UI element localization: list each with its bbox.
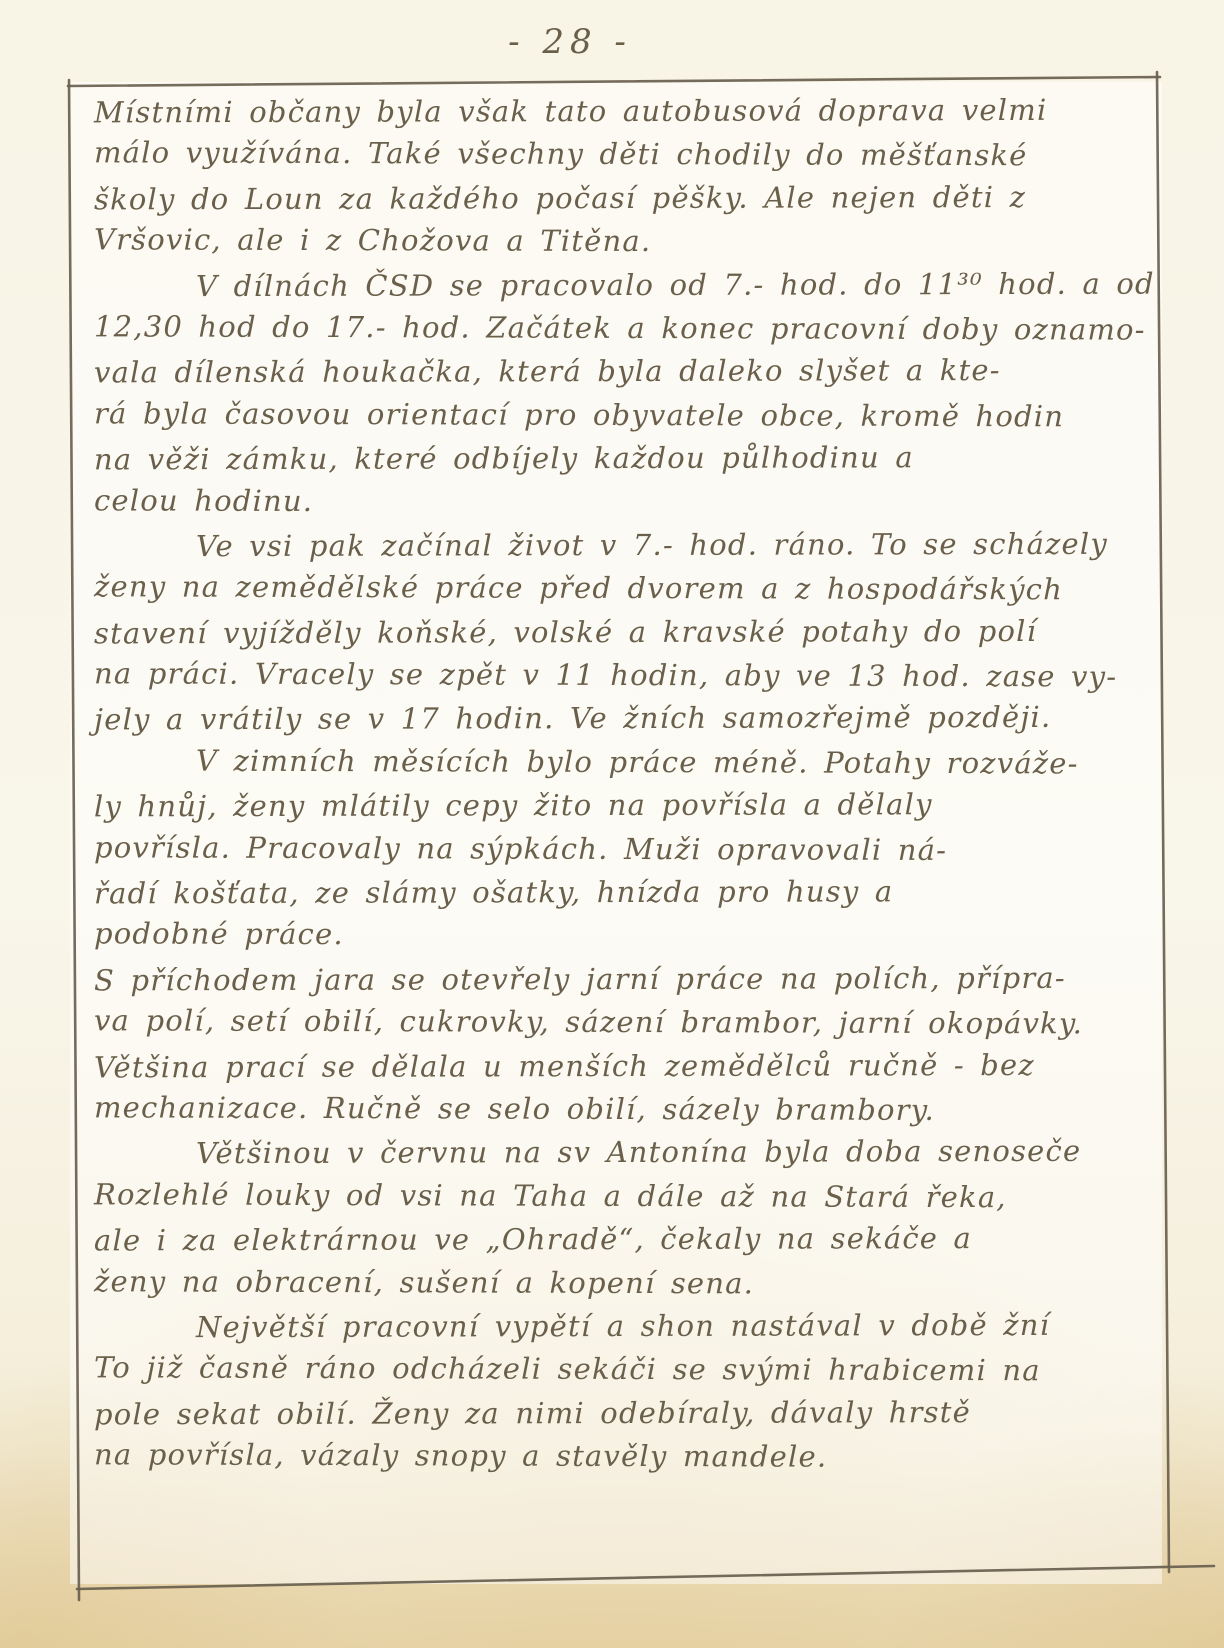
handwritten-line: na práci. Vracely se zpět v 11 hodin, ab… — [94, 652, 1160, 699]
handwritten-line: mechanizace. Ručně se selo obilí, sázely… — [94, 1086, 1160, 1133]
handwritten-line: školy do Loun za každého počasí pěšky. A… — [94, 175, 1160, 221]
handwritten-line: pole sekat obilí. Ženy za nimi odebíraly… — [94, 1390, 1160, 1436]
handwritten-line: V dílnách ČSD se pracovalo od 7.- hod. d… — [94, 262, 1160, 308]
handwritten-line: V zimních měsících bylo práce méně. Pota… — [94, 739, 1160, 786]
handwritten-line: Vršovic, ale i z Chožova a Titěna. — [94, 218, 1160, 265]
handwritten-line: celou hodinu. — [94, 479, 1160, 526]
handwritten-line: va polí, setí obilí, cukrovky, sázení br… — [94, 1000, 1160, 1047]
handwritten-line: Většinou v červnu na sv Antonína byla do… — [94, 1130, 1160, 1176]
handwritten-line: Největší pracovní vypětí a shon nastával… — [94, 1304, 1160, 1350]
manuscript-text-block: Místními občany byla však tato autobusov… — [94, 90, 1160, 1479]
handwritten-line: S příchodem jara se otevřely jarní práce… — [94, 956, 1160, 1002]
handwritten-line: Místními občany byla však tato autobusov… — [94, 89, 1160, 135]
handwritten-line: Rozlehlé louky od vsi na Taha a dále až … — [94, 1173, 1160, 1220]
handwritten-line: ly hnůj, ženy mlátily cepy žito na povří… — [94, 783, 1160, 829]
handwritten-line: stavení vyjížděly koňské, volské a kravs… — [94, 609, 1160, 655]
handwritten-line: Ve vsi pak začínal život v 7.- hod. ráno… — [94, 523, 1160, 569]
handwritten-line: vala dílenská houkačka, která byla dalek… — [94, 349, 1160, 395]
handwritten-line: 12,30 hod do 17.- hod. Začátek a konec p… — [94, 305, 1160, 352]
handwritten-line: Většina prací se dělala u menších zemědě… — [94, 1043, 1160, 1089]
handwritten-line: jely a vrátily se v 17 hodin. Ve žních s… — [94, 696, 1160, 742]
handwritten-line: ale i za elektrárnou ve „Ohradě“, čekaly… — [94, 1217, 1160, 1263]
handwritten-line: na povřísla, vázaly snopy a stavěly mand… — [94, 1433, 1160, 1480]
handwritten-line: rá byla časovou orientací pro obyvatele … — [94, 392, 1160, 439]
handwritten-line: málo využívána. Také všechny děti chodil… — [94, 132, 1160, 179]
handwritten-line: na věži zámku, které odbíjely každou půl… — [94, 436, 1160, 482]
scanned-manuscript-page: { "colors": { "ink": "#6a5f4a", "border"… — [0, 0, 1224, 1648]
handwritten-line: To již časně ráno odcházeli sekáči se sv… — [94, 1347, 1160, 1394]
handwritten-line: podobné práce. — [94, 913, 1160, 960]
handwritten-line: povřísla. Pracovaly na sýpkách. Muži opr… — [94, 826, 1160, 873]
page-number: - 28 - — [0, 22, 1140, 62]
handwritten-line: ženy na obracení, sušení a kopení sena. — [94, 1260, 1160, 1307]
handwritten-line: ženy na zemědělské práce před dvorem a z… — [94, 566, 1160, 613]
handwritten-line: řadí košťata, ze slámy ošatky, hnízda pr… — [94, 870, 1160, 916]
